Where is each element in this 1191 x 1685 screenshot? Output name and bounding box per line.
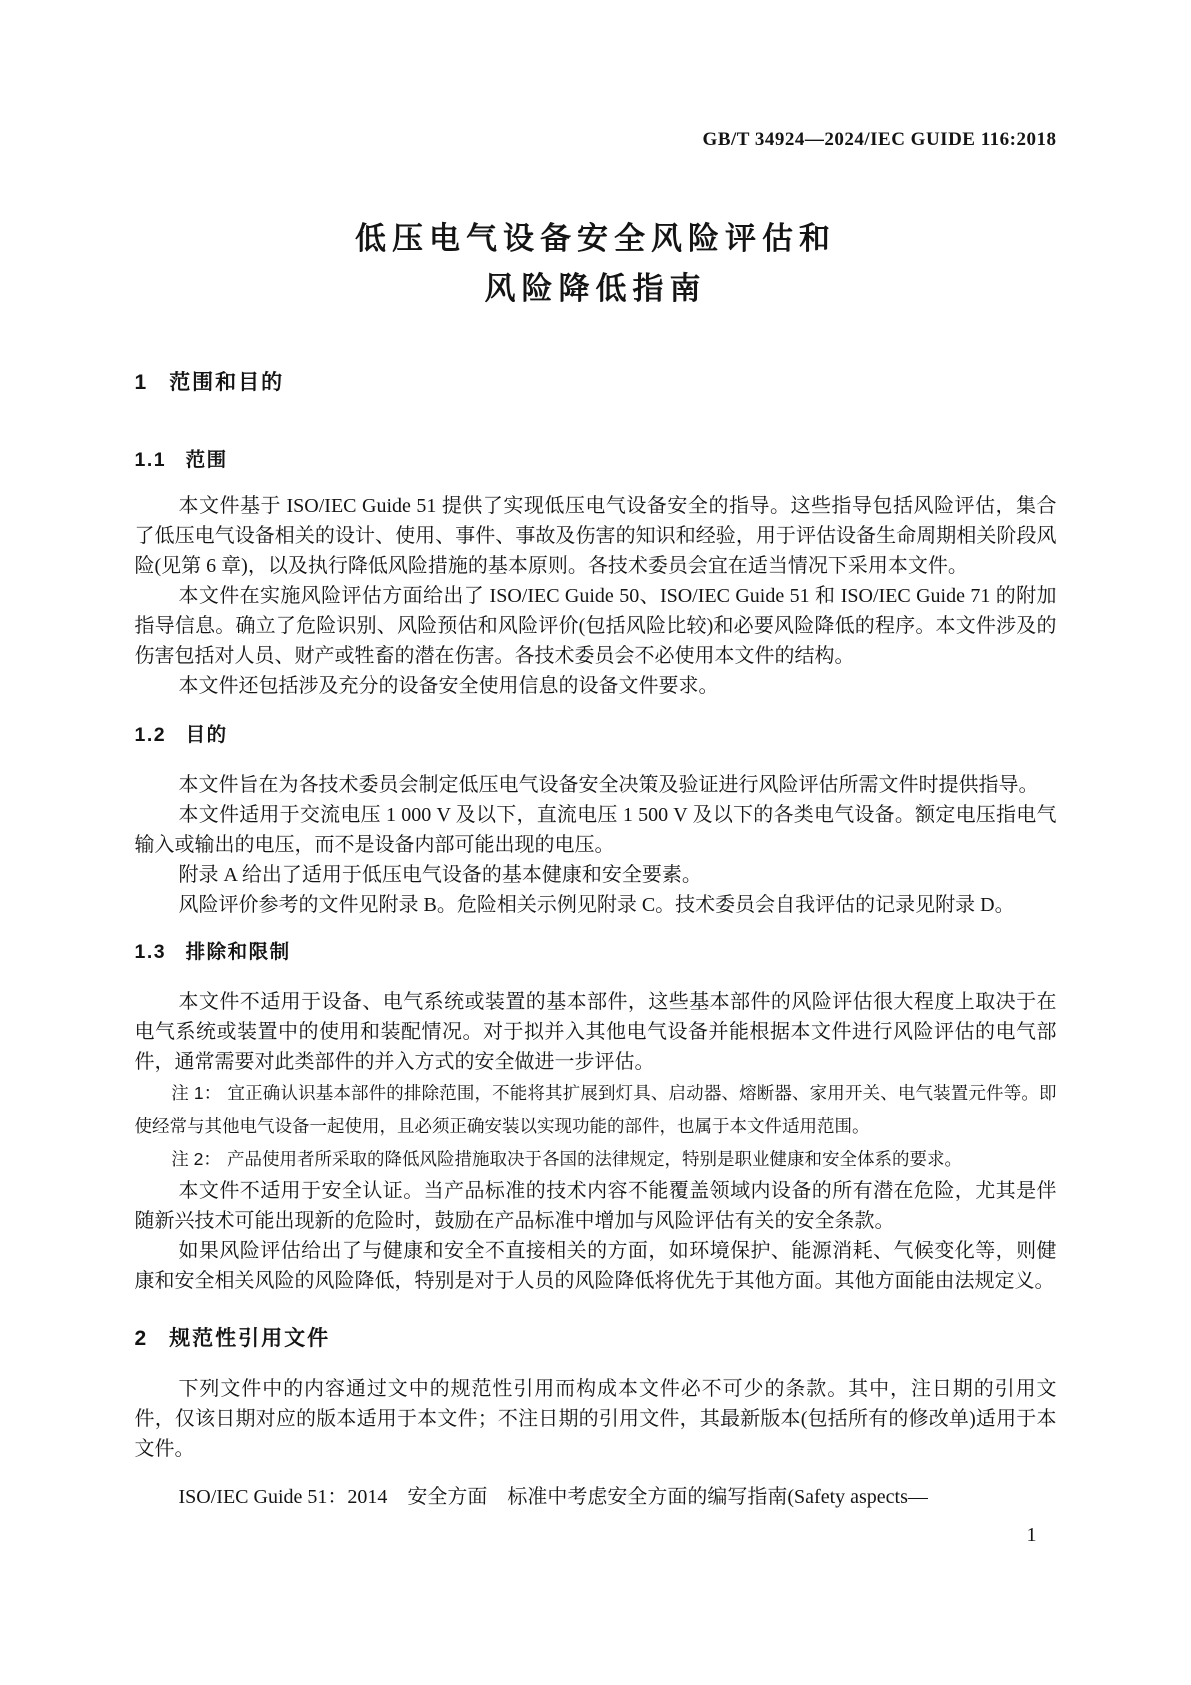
note-text: 宜正确认识基本部件的排除范围，不能将其扩展到灯具、启动器、熔断器、家用开关、电气…: [135, 1083, 1057, 1136]
note-2: 注 2：产品使用者所采取的降低风险措施取决于各国的法律规定，特别是职业健康和安全…: [135, 1143, 1057, 1176]
section-title: 规范性引用文件: [169, 1327, 330, 1350]
paragraph: 本文件基于 ISO/IEC Guide 51 提供了实现低压电气设备安全的指导。…: [135, 491, 1057, 581]
paragraph: 下列文件中的内容通过文中的规范性引用而构成本文件必不可少的条款。其中，注日期的引…: [135, 1374, 1057, 1464]
note-label: 注 1：: [171, 1083, 221, 1103]
subsection-1-1-heading: 1.1范围: [135, 448, 1057, 473]
paragraph: 本文件不适用于安全认证。当产品标准的技术内容不能覆盖领域内设备的所有潜在危险，尤…: [135, 1176, 1057, 1236]
standard-number-header: GB/T 34924—2024/IEC GUIDE 116:2018: [135, 128, 1057, 152]
paragraph: 本文件不适用于设备、电气系统或装置的基本部件，这些基本部件的风险评估很大程度上取…: [135, 987, 1057, 1077]
document-title-line-2: 风险降低指南: [135, 264, 1057, 314]
subsection-title: 目的: [186, 724, 228, 746]
document-title-line-1: 低压电气设备安全风险评估和: [135, 214, 1057, 264]
subsection-number: 1.2: [135, 724, 167, 746]
paragraph: 本文件在实施风险评估方面给出了 ISO/IEC Guide 50、ISO/IEC…: [135, 581, 1057, 671]
note-label: 注 2：: [171, 1149, 221, 1169]
section-title: 范围和目的: [169, 371, 284, 394]
document-title: 低压电气设备安全风险评估和 风险降低指南: [135, 214, 1057, 314]
subsection-number: 1.1: [135, 449, 167, 471]
section-number: 1: [135, 371, 149, 394]
subsection-title: 范围: [186, 449, 228, 471]
subsection-title: 排除和限制: [186, 941, 291, 963]
section-1-heading: 1范围和目的: [135, 370, 1057, 396]
paragraph: 本文件旨在为各技术委员会制定低压电气设备安全决策及验证进行风险评估所需文件时提供…: [135, 770, 1057, 800]
section-2-heading: 2规范性引用文件: [135, 1326, 1057, 1352]
page-content: GB/T 34924—2024/IEC GUIDE 116:2018 低压电气设…: [135, 0, 1057, 1548]
section-number: 2: [135, 1327, 149, 1350]
document-page: GB/T 34924—2024/IEC GUIDE 116:2018 低压电气设…: [0, 0, 1191, 1685]
paragraph: 附录 A 给出了适用于低压电气设备的基本健康和安全要素。: [135, 860, 1057, 890]
subsection-1-2-heading: 1.2目的: [135, 723, 1057, 748]
subsection-number: 1.3: [135, 941, 167, 963]
paragraph: 如果风险评估给出了与健康和安全不直接相关的方面，如环境保护、能源消耗、气候变化等…: [135, 1236, 1057, 1296]
paragraph: 本文件适用于交流电压 1 000 V 及以下，直流电压 1 500 V 及以下的…: [135, 800, 1057, 860]
paragraph: 本文件还包括涉及充分的设备安全使用信息的设备文件要求。: [135, 671, 1057, 701]
note-text: 产品使用者所采取的降低风险措施取决于各国的法律规定，特别是职业健康和安全体系的要…: [227, 1149, 962, 1169]
paragraph: 风险评价参考的文件见附录 B。危险相关示例见附录 C。技术委员会自我评估的记录见…: [135, 890, 1057, 920]
note-1: 注 1：宜正确认识基本部件的排除范围，不能将其扩展到灯具、启动器、熔断器、家用开…: [135, 1077, 1057, 1143]
subsection-1-3-heading: 1.3排除和限制: [135, 940, 1057, 965]
reference-entry: ISO/IEC Guide 51：2014 安全方面 标准中考虑安全方面的编写指…: [135, 1482, 1057, 1512]
page-number: 1: [135, 1522, 1057, 1548]
